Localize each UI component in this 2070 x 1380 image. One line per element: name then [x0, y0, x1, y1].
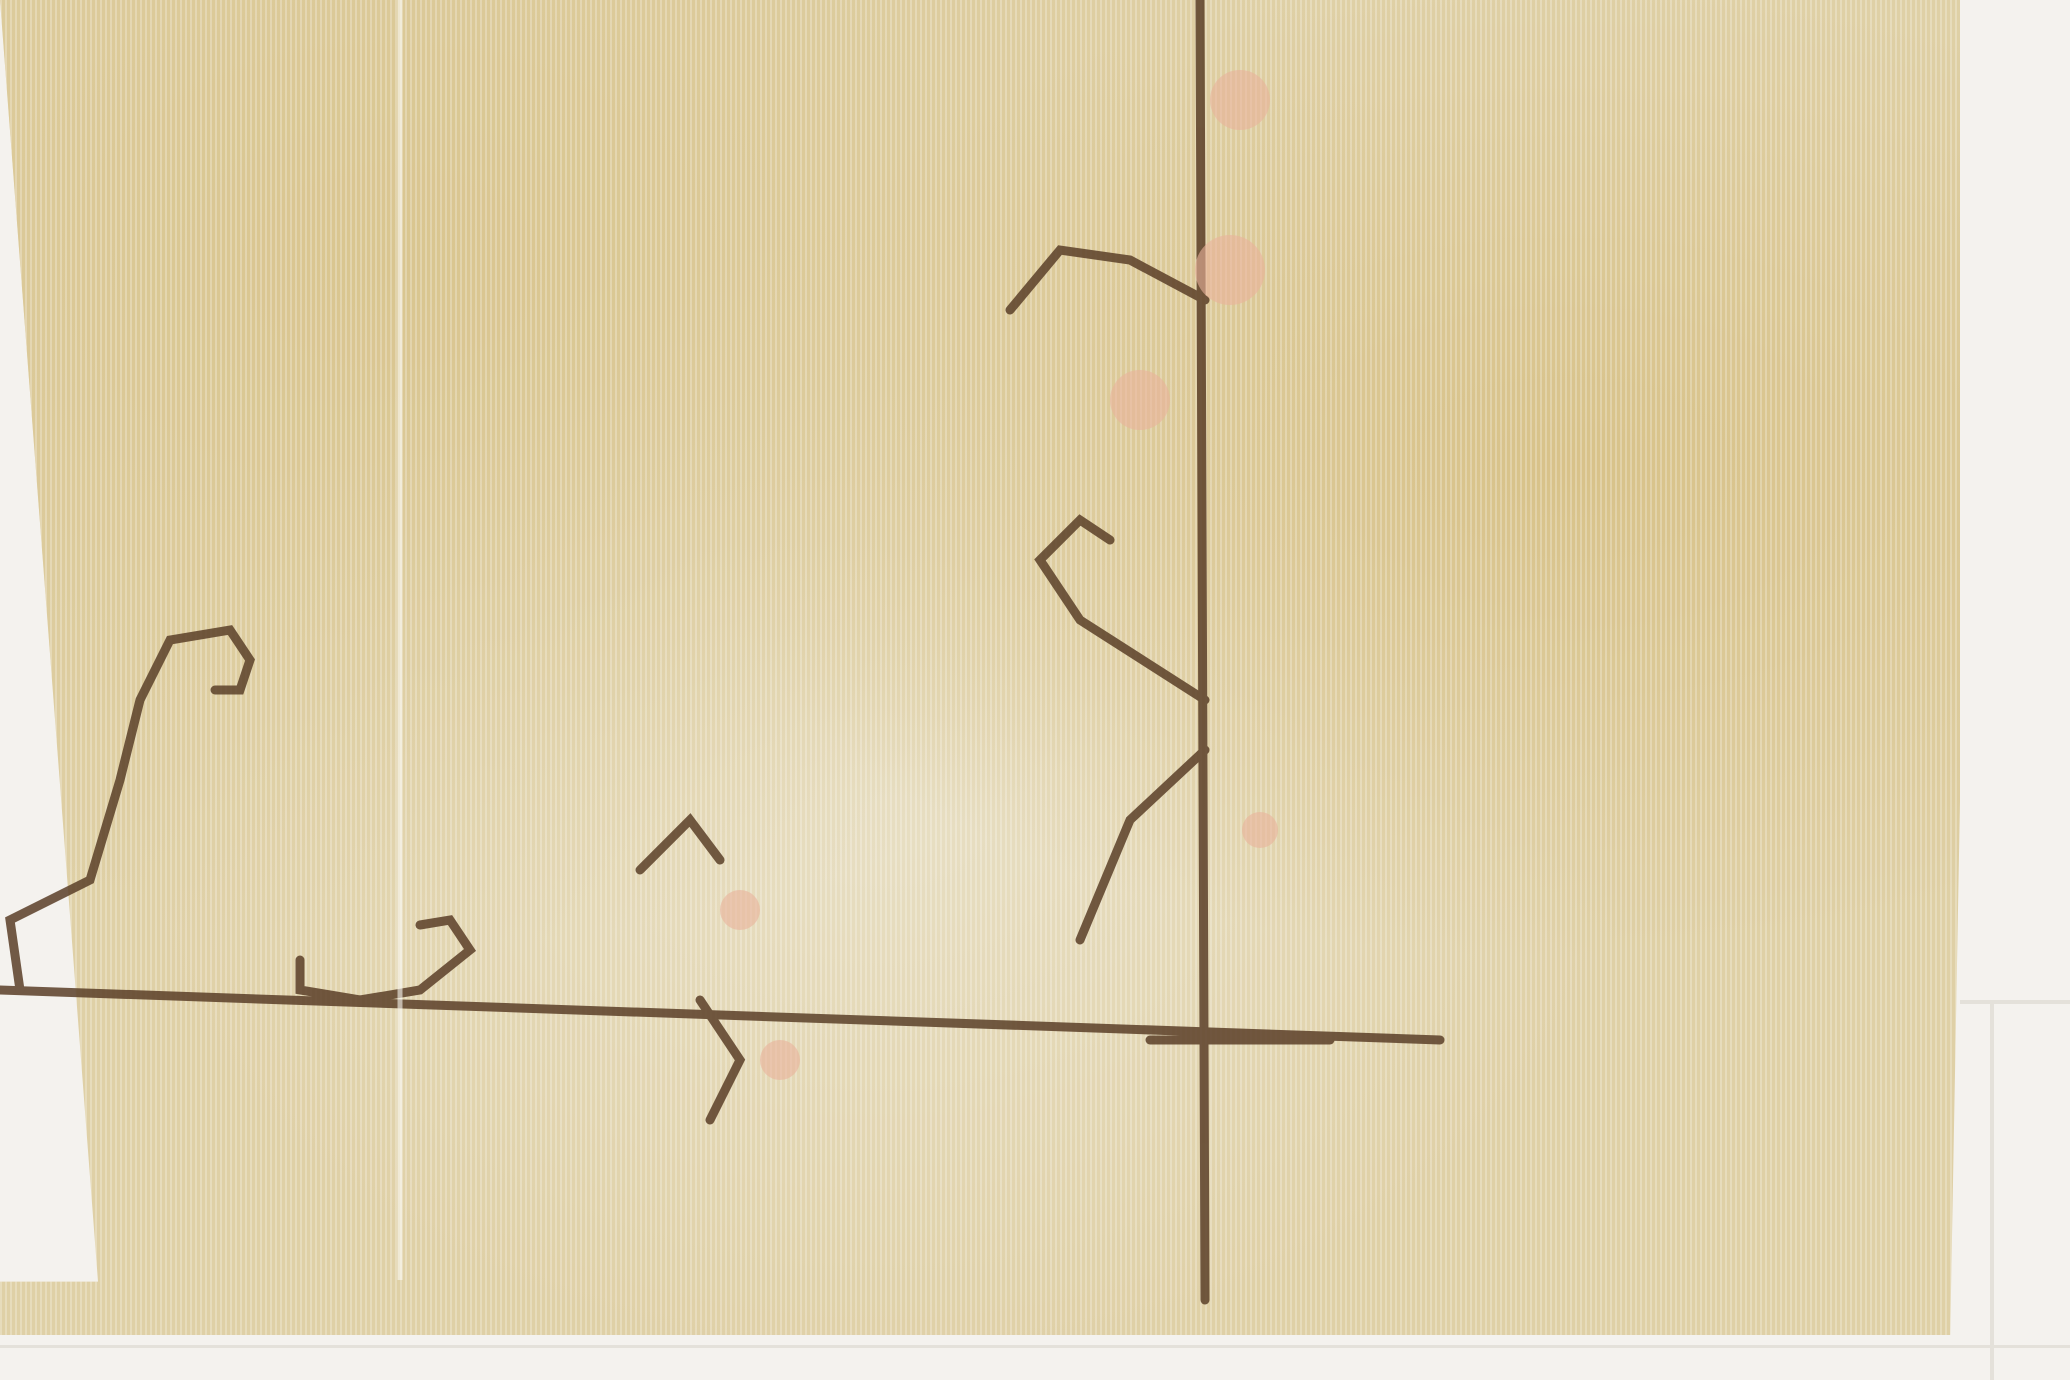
- rug-motif: [0, 0, 2070, 1380]
